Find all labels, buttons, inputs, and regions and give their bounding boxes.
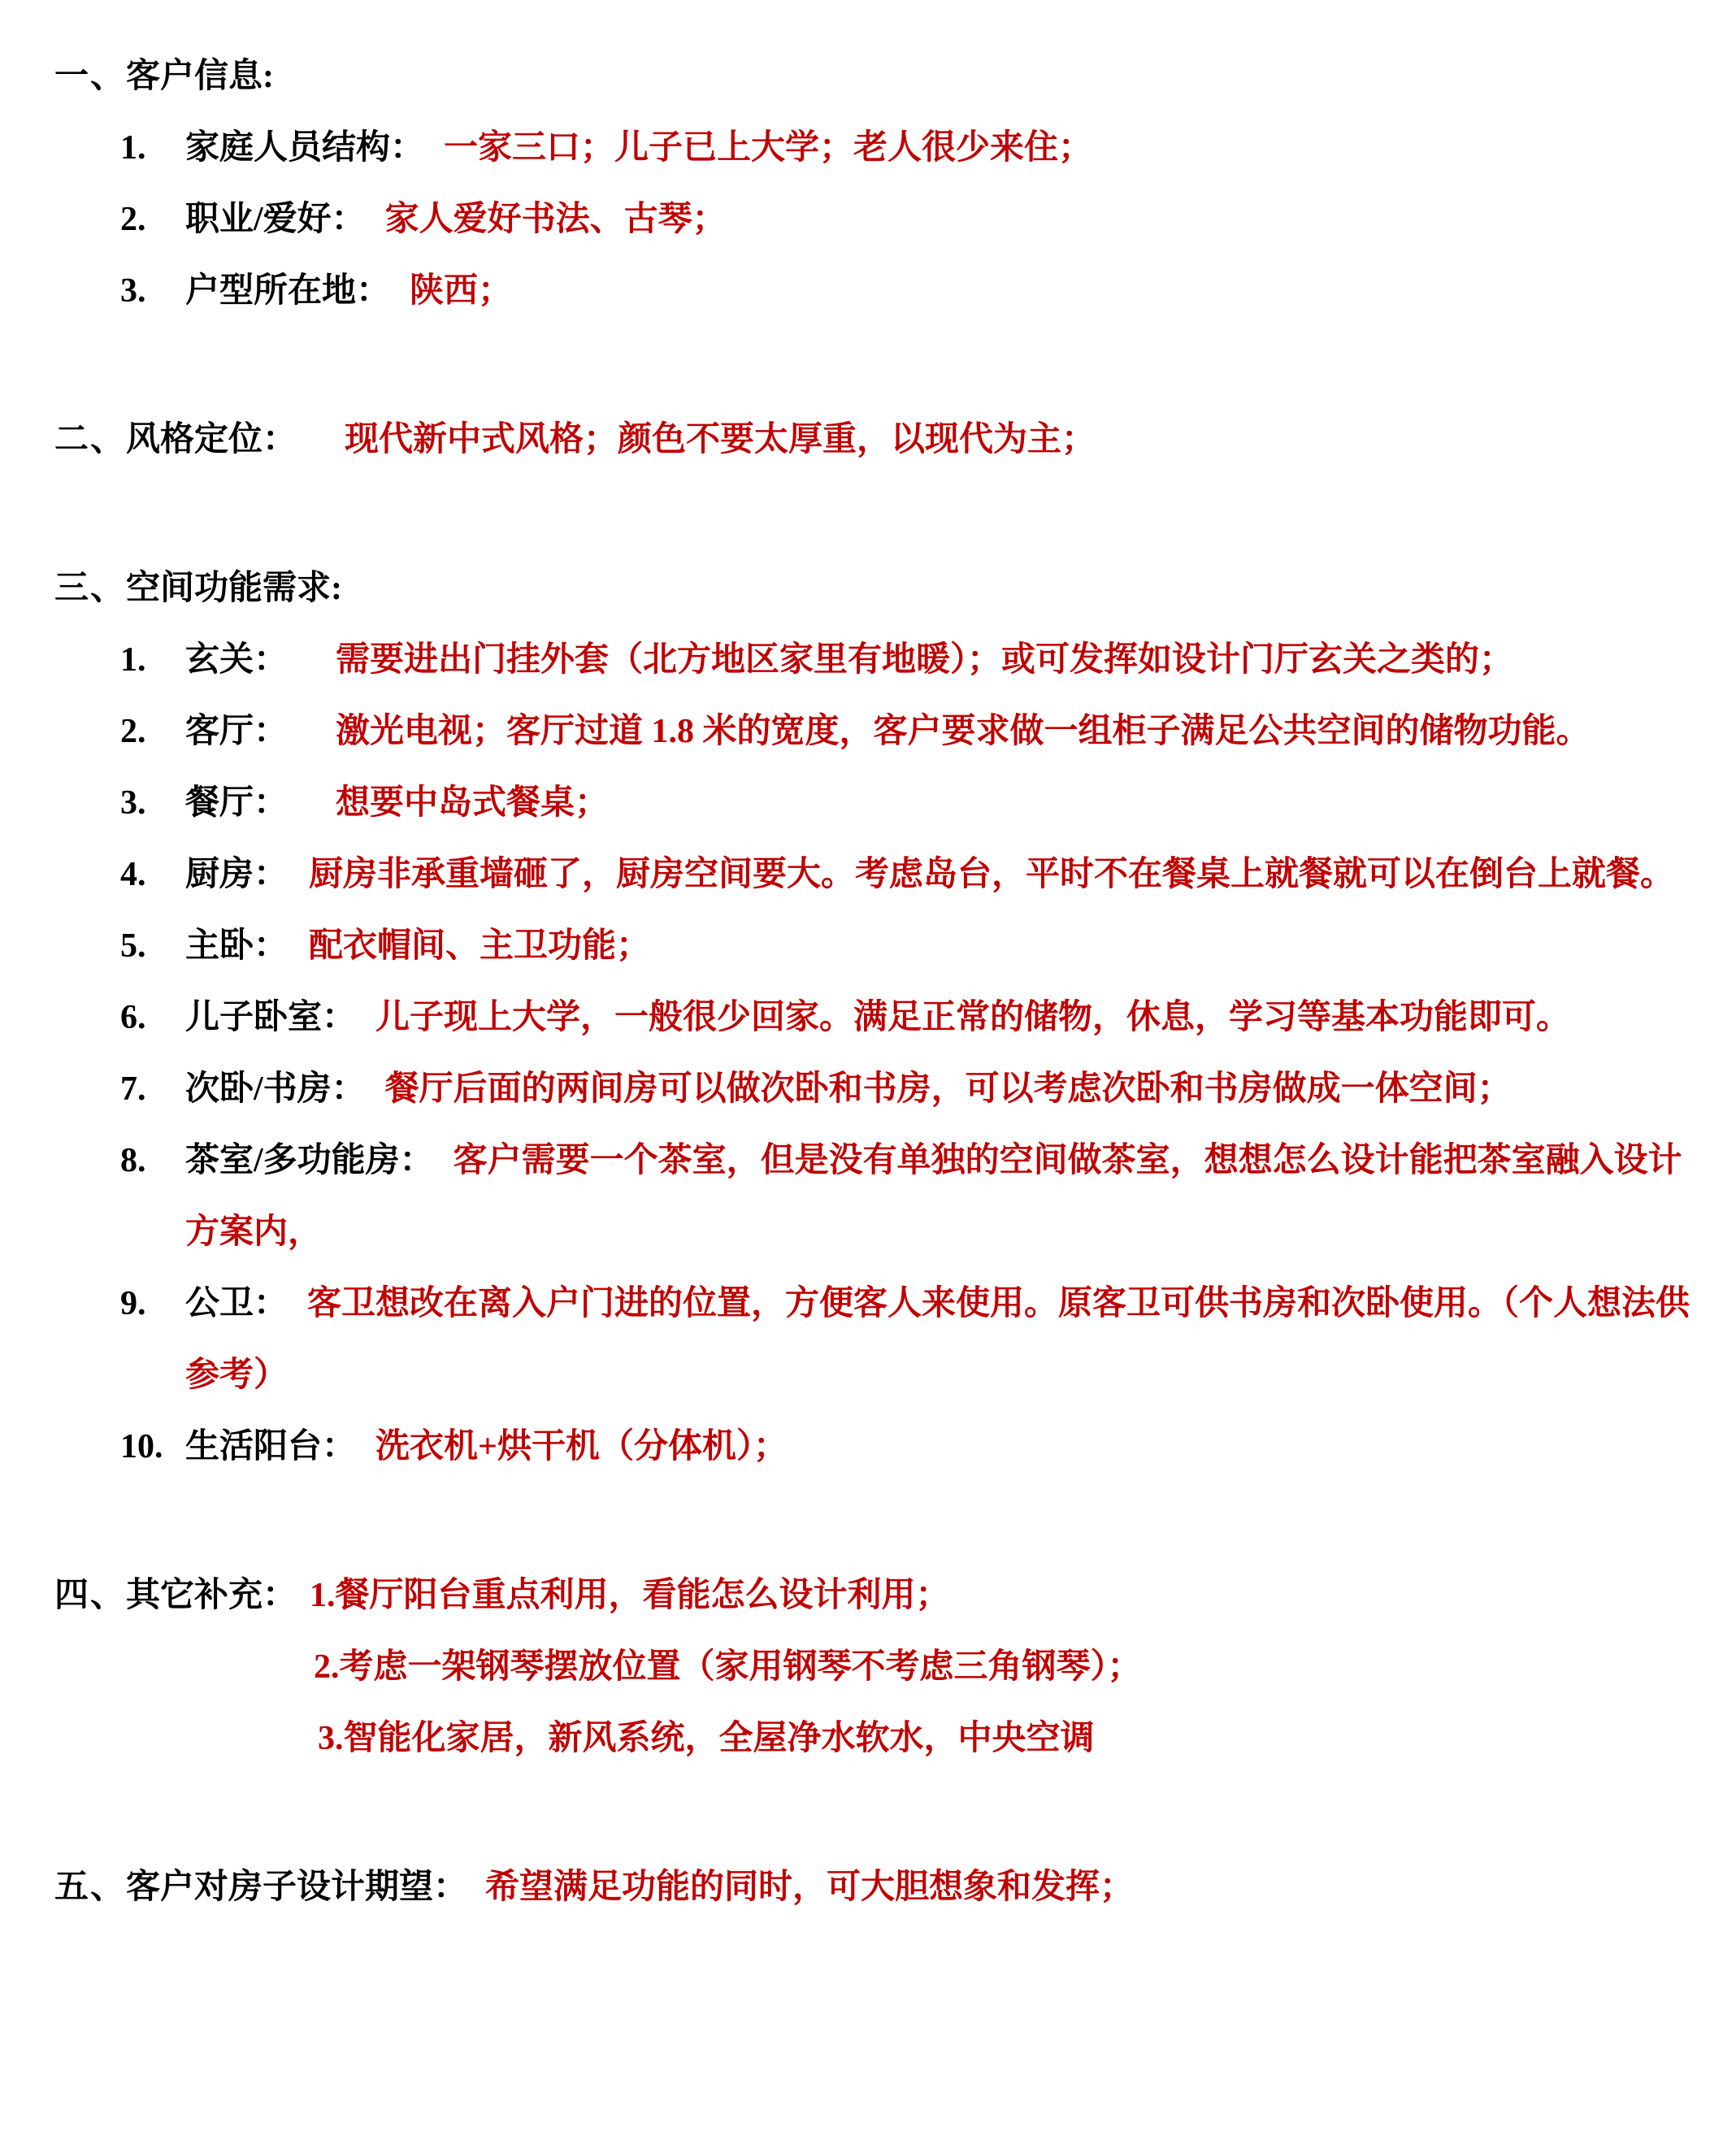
section-value: 现代新中式风格；颜色不要太厚重，以现代为主；	[345, 421, 1096, 458]
item-value: 激光电视；客厅过道 1.8 米的宽度，客户要求做一组柜子满足公共空间的储物功能。	[336, 713, 1591, 750]
section-number: 一、	[54, 58, 126, 95]
section-heading-row: 二、风格定位：现代新中式风格；颜色不要太厚重，以现代为主；	[0, 404, 1703, 475]
section-number: 四、	[54, 1577, 126, 1614]
list-item-tea-room: 8. 茶室/多功能房：客户需要一个茶室，但是没有单独的空间做茶室，想想怎么设计能…	[0, 1125, 1703, 1268]
list-item-living-room: 2. 客厅：激光电视；客厅过道 1.8 米的宽度，客户要求做一组柜子满足公共空间…	[0, 696, 1703, 767]
item-label: 职业/爱好：	[185, 201, 366, 238]
document-page: 一、客户信息: 1. 家庭人员结构：一家三口；儿子已上大学；老人很少来住； 2.…	[0, 0, 1736, 2149]
supplement-line: 1.餐厅阳台重点利用，看能怎么设计利用；	[310, 1560, 1142, 1631]
section-title: 风格定位：	[126, 404, 345, 475]
item-label: 次卧/书房：	[185, 1070, 366, 1108]
section-value: 希望满足功能的同时，可大胆想象和发挥；	[485, 1869, 1134, 1906]
list-item-son-bedroom: 6. 儿子卧室：儿子现上大学，一般很少回家。满足正常的储物，休息，学习等基本功能…	[0, 982, 1703, 1053]
item-value: 客卫想改在离入户门进的位置，方便客人来使用。原客卫可供书房和次卧使用。（个人想法…	[185, 1285, 1690, 1394]
item-label: 儿子卧室：	[185, 999, 356, 1036]
item-label: 家庭人员结构：	[185, 129, 424, 167]
section-number: 五、	[54, 1869, 126, 1906]
section-style-positioning: 二、风格定位：现代新中式风格；颜色不要太厚重，以现代为主；	[0, 404, 1703, 475]
item-value: 一家三口；儿子已上大学；老人很少来住；	[444, 129, 1092, 167]
list-item-laundry-balcony: 10. 生活阳台：洗衣机+烘干机（分体机）；	[0, 1411, 1703, 1483]
section-heading-row: 三、空间功能需求:	[0, 553, 1703, 624]
item-label: 生活阳台：	[185, 1428, 356, 1465]
item-number: 3.	[120, 767, 185, 839]
section-space-requirements: 三、空间功能需求: 1. 玄关：需要进出门挂外套（北方地区家里有地暖）；或可发挥…	[0, 553, 1703, 1483]
section-number: 三、	[54, 570, 126, 607]
item-number: 6.	[120, 982, 185, 1053]
item-value: 需要进出门挂外套（北方地区家里有地暖）；或可发挥如设计门厅玄关之类的；	[336, 641, 1513, 679]
list-item-dining-room: 3. 餐厅：想要中岛式餐桌；	[0, 767, 1703, 839]
list-item: 1. 家庭人员结构：一家三口；儿子已上大学；老人很少来住；	[0, 112, 1703, 184]
item-number: 5.	[120, 910, 185, 982]
item-label: 客厅：	[185, 696, 336, 767]
section-design-expectations: 五、客户对房子设计期望：希望满足功能的同时，可大胆想象和发挥；	[0, 1852, 1703, 1923]
item-number: 10.	[120, 1411, 185, 1483]
item-label: 主卧：	[185, 910, 309, 982]
section-heading-row: 五、客户对房子设计期望：希望满足功能的同时，可大胆想象和发挥；	[0, 1852, 1703, 1923]
item-number: 9.	[120, 1268, 185, 1339]
item-value: 餐厅后面的两间房可以做次卧和书房，可以考虑次卧和书房做成一体空间；	[385, 1070, 1512, 1108]
list-item-second-bedroom-study: 7. 次卧/书房：餐厅后面的两间房可以做次卧和书房，可以考虑次卧和书房做成一体空…	[0, 1053, 1703, 1125]
section-title: 其它补充：	[126, 1577, 297, 1614]
item-value: 家人爱好书法、古琴；	[385, 201, 727, 238]
item-value: 儿子现上大学，一般很少回家。满足正常的储物，休息，学习等基本功能即可。	[375, 999, 1570, 1036]
list-item-entrance: 1. 玄关：需要进出门挂外套（北方地区家里有地暖）；或可发挥如设计门厅玄关之类的…	[0, 624, 1703, 696]
list-item-master-bedroom: 5. 主卧：配衣帽间、主卫功能；	[0, 910, 1703, 982]
item-number: 1.	[120, 624, 185, 696]
item-value: 配衣帽间、主卫功能；	[309, 927, 650, 965]
section-customer-info: 一、客户信息: 1. 家庭人员结构：一家三口；儿子已上大学；老人很少来住； 2.…	[0, 41, 1703, 327]
item-label: 厨房：	[185, 839, 309, 910]
supplement-line: 3.智能化家居，新风系统，全屋净水软水，中央空调	[310, 1703, 1142, 1774]
section-title-group: 四、其它补充：	[54, 1560, 297, 1631]
supplement-line: 2.考虑一架钢琴摆放位置（家用钢琴不考虑三角钢琴）；	[310, 1631, 1142, 1703]
section-other-supplements: 四、其它补充： 1.餐厅阳台重点利用，看能怎么设计利用； 2.考虑一架钢琴摆放位…	[0, 1560, 1703, 1774]
item-value: 洗衣机+烘干机（分体机）；	[375, 1428, 788, 1465]
section-title: 空间功能需求:	[126, 570, 342, 607]
item-label: 户型所在地：	[185, 272, 390, 310]
item-number: 2.	[120, 184, 185, 255]
item-label: 玄关：	[185, 624, 336, 696]
item-number: 1.	[120, 112, 185, 184]
list-item: 3. 户型所在地：陕西；	[0, 255, 1703, 327]
item-number: 8.	[120, 1125, 185, 1196]
list-item-kitchen: 4. 厨房：厨房非承重墙砸了，厨房空间要大。考虑岛台，平时不在餐桌上就餐就可以在…	[0, 839, 1703, 910]
item-number: 7.	[120, 1053, 185, 1125]
item-number: 3.	[120, 255, 185, 327]
supplement-lines: 1.餐厅阳台重点利用，看能怎么设计利用； 2.考虑一架钢琴摆放位置（家用钢琴不考…	[310, 1560, 1142, 1774]
item-label: 茶室/多功能房：	[185, 1142, 434, 1179]
section-title: 客户信息:	[126, 58, 274, 95]
item-value: 厨房非承重墙砸了，厨房空间要大。考虑岛台，平时不在餐桌上就餐就可以在倒台上就餐。	[309, 856, 1674, 893]
item-label: 公卫：	[185, 1285, 288, 1322]
section-number: 二、	[54, 421, 126, 458]
list-item: 2. 职业/爱好：家人爱好书法、古琴；	[0, 184, 1703, 255]
list-item-guest-bathroom: 9. 公卫：客卫想改在离入户门进的位置，方便客人来使用。原客卫可供书房和次卧使用…	[0, 1268, 1703, 1411]
item-value: 陕西；	[410, 272, 512, 310]
item-label: 餐厅：	[185, 767, 336, 839]
item-value: 想要中岛式餐桌；	[336, 784, 609, 822]
item-number: 4.	[120, 839, 185, 910]
section-heading-row: 四、其它补充： 1.餐厅阳台重点利用，看能怎么设计利用； 2.考虑一架钢琴摆放位…	[0, 1560, 1703, 1774]
item-number: 2.	[120, 696, 185, 767]
section-heading-row: 一、客户信息:	[0, 41, 1703, 112]
section-title: 客户对房子设计期望：	[126, 1869, 467, 1906]
